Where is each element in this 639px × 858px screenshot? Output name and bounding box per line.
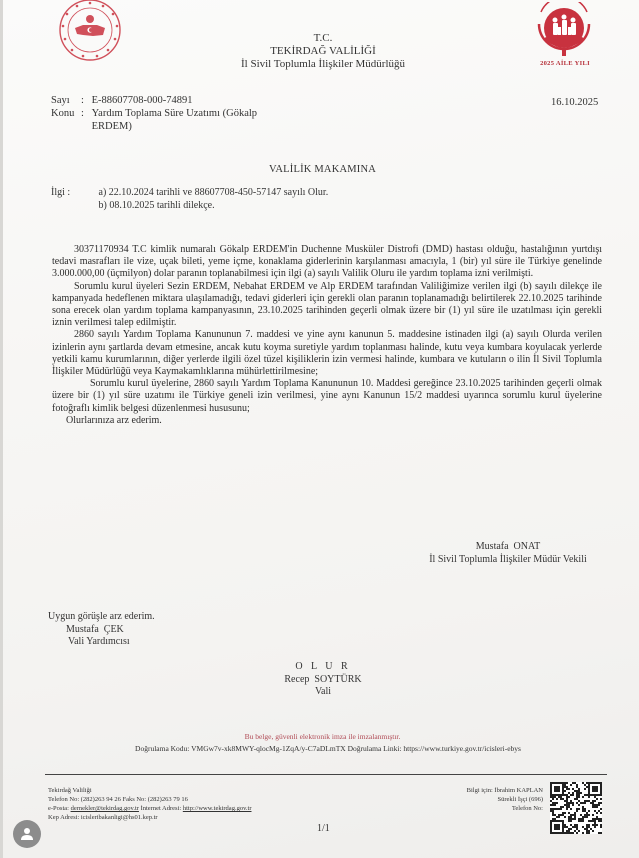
info-role: Sürekli İşçi (696) <box>393 795 543 804</box>
governor-name: Recep SOYTÜRK <box>223 674 423 687</box>
approval-line: Uygun görüşle arz ederim. <box>48 611 155 624</box>
footer-divider <box>45 774 607 775</box>
letter-body: 30371170934 T.C kimlik numaralı Gökalp E… <box>52 244 602 427</box>
esign-notice: Bu belge, güvenli elektronik imza ile im… <box>3 732 639 741</box>
body-paragraph: 2860 sayılı Yardım Toplama Kanununun 7. … <box>52 329 602 378</box>
letterhead-governorship: TEKİRDAĞ VALİLİĞİ <box>183 45 463 58</box>
signer-name: Mustafa ONAT <box>403 541 613 554</box>
konu-value: Yardım Toplama Süre Uzatımı (Gökalp ERDE… <box>92 108 262 133</box>
ministry-seal-icon <box>53 0 127 64</box>
footer-info: Bilgi için: İbrahim KAPLAN Sürekli İşçi … <box>393 786 543 813</box>
email-link[interactable]: dernekler@tekirdag.gov.tr <box>71 805 139 812</box>
olur-label: O L U R <box>223 661 423 674</box>
letterhead: T.C. TEKİRDAĞ VALİLİĞİ İl Sivil Toplumla… <box>183 32 463 71</box>
deputy-governor-title: Vali Yardımcısı <box>48 636 155 649</box>
body-paragraph: 30371170934 T.C kimlik numaralı Gökalp E… <box>52 244 602 281</box>
letterhead-tc: T.C. <box>183 32 463 45</box>
approval-block: O L U R Recep SOYTÜRK Vali <box>223 661 423 699</box>
footer-email-web: e-Posta: dernekler@tekirdag.gov.tr İnter… <box>48 804 252 813</box>
document-number: Sayı: E-88607708-000-74891 <box>51 95 193 108</box>
reference-b: b) 08.10.2025 tarihli dilekçe. <box>99 200 329 213</box>
document-date: 16.10.2025 <box>551 97 598 108</box>
footer-phone: Telefon No: (282)263 94 26 Faks No: (282… <box>48 795 252 804</box>
qr-code-icon <box>550 782 602 834</box>
deputy-governor-name: Mustafa ÇEK <box>48 624 155 637</box>
user-avatar-icon[interactable] <box>13 820 41 848</box>
governor-title: Vali <box>223 686 423 699</box>
closing-line: Olurlarınıza arz ederim. <box>52 415 602 427</box>
document-page: T.C. TEKİRDAĞ VALİLİĞİ İl Sivil Toplumla… <box>0 0 639 858</box>
references: İlgi : a) 22.10.2024 tarihli ve 88607708… <box>51 187 328 212</box>
page-number: 1/1 <box>317 823 330 834</box>
info-phone: Telefon No: <box>393 804 543 813</box>
sayi-value: E-88607708-000-74891 <box>92 95 193 106</box>
signer-title: İl Sivil Toplumla İlişkiler Müdür Vekili <box>403 554 613 567</box>
sayi-label: Sayı <box>51 95 81 108</box>
footer-org: Tekirdağ Valiliği <box>48 786 252 795</box>
konu-label: Konu <box>51 108 81 121</box>
footer-contact: Tekirdağ Valiliği Telefon No: (282)263 9… <box>48 786 252 822</box>
letterhead-directorate: İl Sivil Toplumla İlişkiler Müdürlüğü <box>183 58 463 71</box>
website-link[interactable]: http://www.tekirdag.gov.tr <box>183 805 252 812</box>
reference-a: a) 22.10.2024 tarihli ve 88607708-450-57… <box>99 187 329 200</box>
footer-kep: Kep Adresi: icisleribakanligi@hs01.kep.t… <box>48 813 252 822</box>
body-paragraph: Sorumlu kurul üyeleri Sezin ERDEM, Nebah… <box>52 281 602 330</box>
info-contact: Bilgi için: İbrahim KAPLAN <box>393 786 543 795</box>
approval-note: Uygun görüşle arz ederim. Mustafa ÇEK Va… <box>48 611 155 649</box>
family-year-caption: 2025 AİLE YILI <box>527 60 603 67</box>
ilgi-label: İlgi : <box>51 187 96 200</box>
body-paragraph: Sorumlu kurul üyelerine, 2860 sayılı Yar… <box>52 378 602 415</box>
family-year-emblem-icon <box>531 2 597 58</box>
signer-block: Mustafa ONAT İl Sivil Toplumla İlişkiler… <box>403 541 613 566</box>
addressee: VALİLİK MAKAMINA <box>3 164 639 175</box>
verification-code: Doğrulama Kodu: VMGw7v-xk8MWY-qlocMg-1Zq… <box>23 744 633 753</box>
subject: Konu: Yardım Toplama Süre Uzatımı (Gökal… <box>51 108 351 133</box>
